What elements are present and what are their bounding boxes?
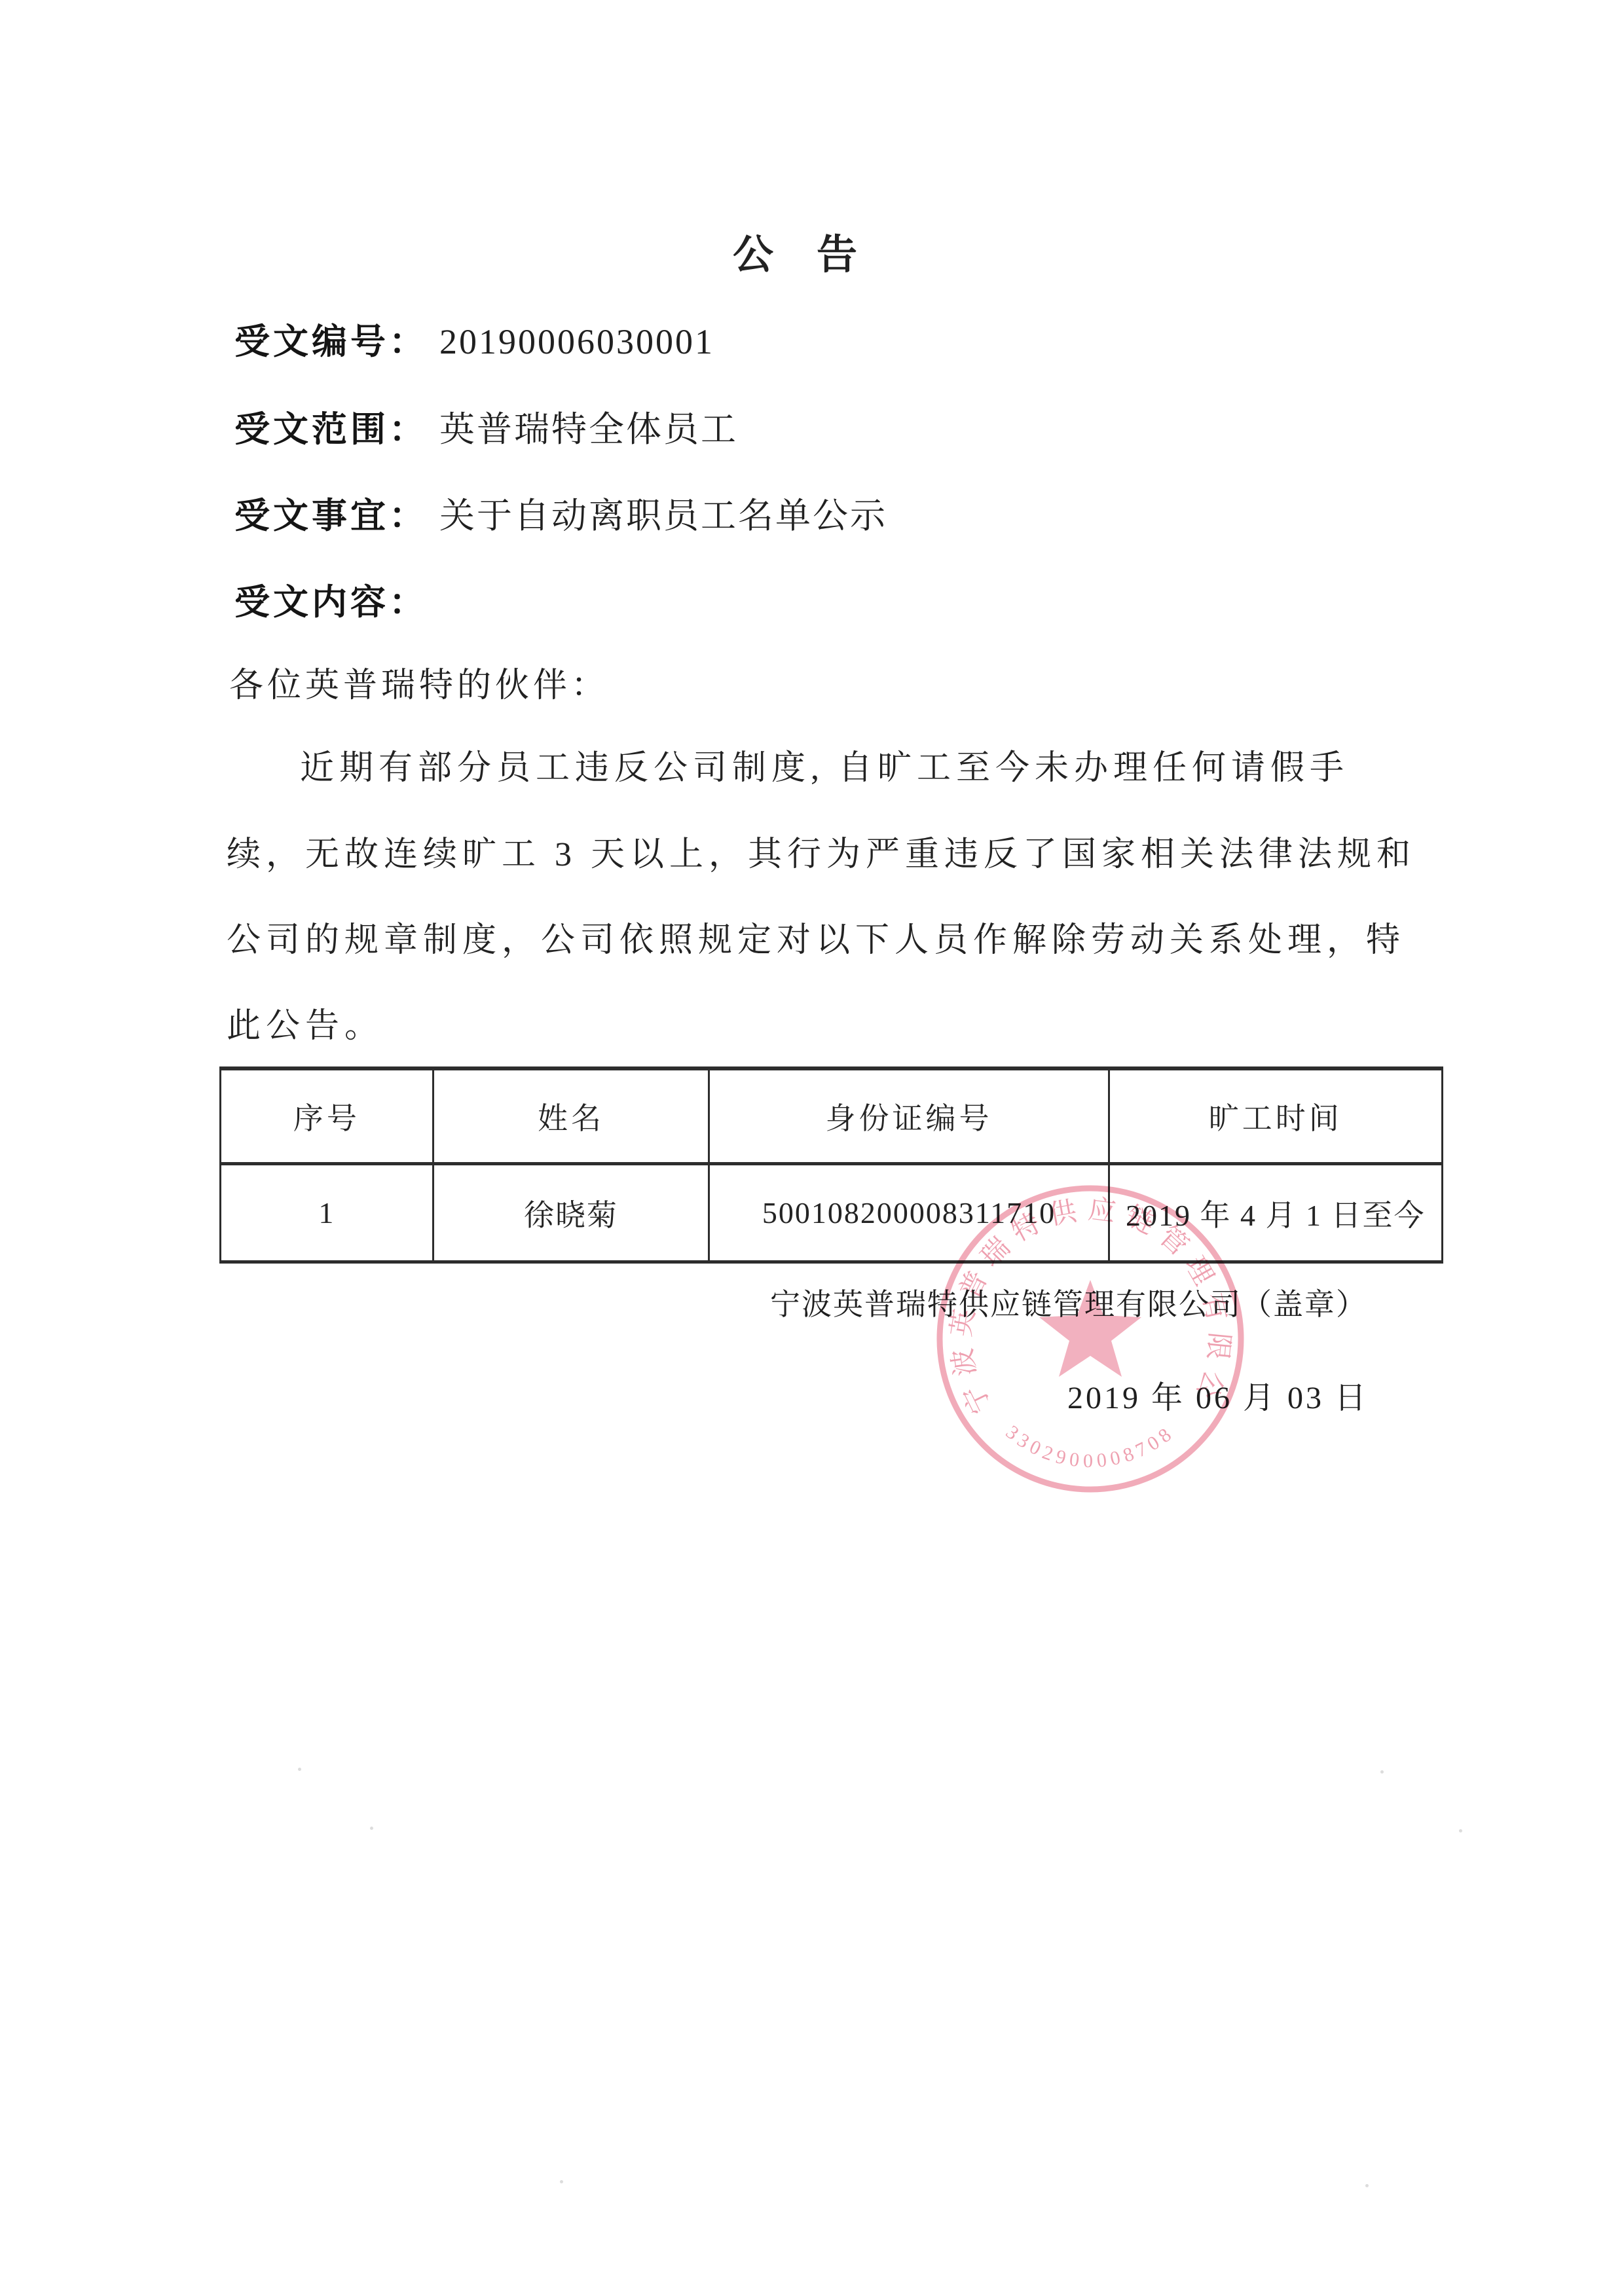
body-line: 近期有部分员工违反公司制度, 自旷工至今未办理任何请假手 (227, 745, 1485, 792)
scan-noise-speck (370, 1827, 373, 1830)
seal-serial-number: 3302900008708 (1002, 1421, 1179, 1472)
scan-noise-speck (1365, 2184, 1369, 2187)
scanned-announcement-page: 公 告 受文编号：20190006030001 受文范围：英普瑞特全体员工 受文… (0, 0, 1624, 2296)
scope-value: 英普瑞特全体员工 (439, 410, 738, 449)
header-absence-period: 旷工时间 (1109, 1068, 1442, 1164)
header-name: 姓名 (433, 1068, 709, 1164)
meta-line-subject: 受文事宜：关于自动离职员工名单公示 (234, 492, 887, 539)
scan-noise-speck (1459, 1829, 1462, 1832)
body-line: 续，无故连续旷工 3 天以上，其行为严重违反了国家相关法律法规和 (227, 831, 1412, 879)
cell-absence-period: 2019 年 4 月 1 日至今 (1109, 1164, 1442, 1262)
doc-number-value: 20190006030001 (439, 322, 714, 361)
meta-line-scope: 受文范围：英普瑞特全体员工 (234, 406, 738, 453)
scan-noise-speck (298, 1768, 301, 1771)
meta-line-content: 受文内容： (234, 579, 439, 626)
scan-noise-speck (1380, 1770, 1384, 1774)
subject-label: 受文事宜： (234, 496, 428, 536)
header-index: 序号 (221, 1068, 434, 1164)
content-label: 受文内容： (234, 583, 428, 622)
table-row: 1 徐晓菊 500108200008311710 2019 年 4 月 1 日至… (221, 1164, 1443, 1262)
body-line: 公司的规章制度，公司依照规定对以下人员作解除劳动关系处理，特 (227, 917, 1412, 964)
meta-line-doc-number: 受文编号：20190006030001 (234, 318, 714, 365)
header-id-number: 身份证编号 (709, 1068, 1109, 1164)
page-title: 公 告 (0, 230, 1591, 280)
cell-name: 徐晓菊 (433, 1164, 709, 1262)
signature-date: 2019 年 06 月 03 日 (1067, 1372, 1369, 1417)
scope-label: 受文范围： (234, 410, 428, 449)
salutation: 各位英普瑞特的伙伴： (229, 663, 609, 710)
body-line: 此公告。 (227, 1003, 1412, 1050)
signature-company-line: 宁波英普瑞特供应链管理有限公司（盖章） (770, 1281, 1367, 1324)
cell-id-number: 500108200008311710 (709, 1164, 1109, 1262)
cell-index: 1 (221, 1164, 434, 1262)
doc-number-label: 受文编号： (234, 322, 428, 361)
table-header-row: 序号 姓名 身份证编号 旷工时间 (221, 1068, 1443, 1164)
subject-value: 关于自动离职员工名单公示 (439, 496, 887, 536)
scan-noise-speck (560, 2180, 563, 2183)
svg-text:3302900008708: 3302900008708 (1002, 1421, 1179, 1472)
dismissed-employee-table: 序号 姓名 身份证编号 旷工时间 1 徐晓菊 50010820000831171… (219, 1066, 1443, 1264)
